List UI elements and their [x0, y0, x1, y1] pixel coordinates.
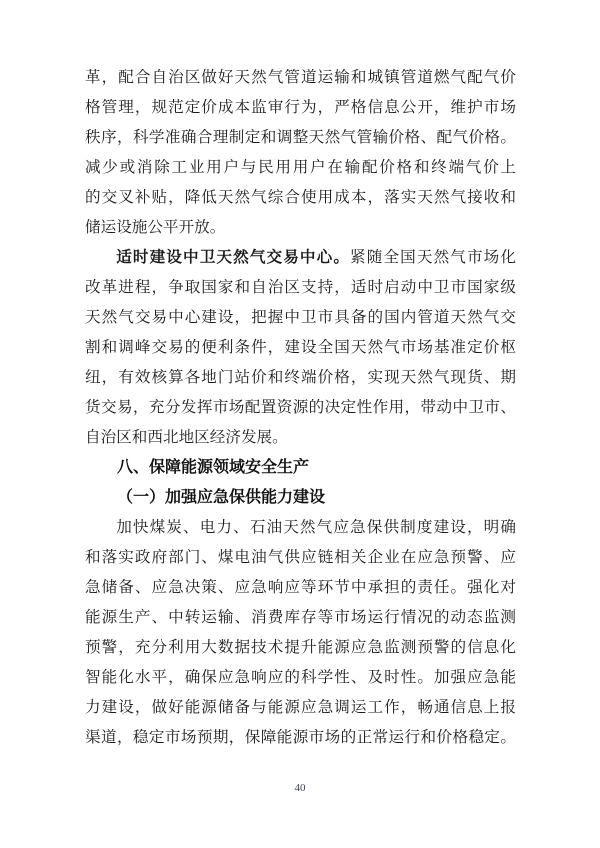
text-run: 紧随全国天然气市场化 [350, 249, 516, 266]
text-line: 智能化水平，确保应急响应的科学性、及时性。加强应急能 [85, 663, 516, 693]
text-line: 渠道，稳定市场预期，保障能源市场的正常运行和价格稳定。 [85, 723, 516, 753]
document-page: 革，配合自治区做好天然气管道运输和城镇管道燃气配气价格管理，规范定价成本监审行为… [0, 0, 600, 848]
text-run: 纽，有效核算各地门站价和终端价格，实现天然气现货、期 [85, 369, 516, 386]
text-run: 渠道，稳定市场预期，保障能源市场的正常运行和价格稳定。 [85, 729, 516, 746]
text-run: 减少或消除工业用户与民用用户在输配价格和终端气价上 [85, 159, 516, 176]
text-run: 力建设，做好能源储备与能源应急调运工作，畅通信息上报 [85, 699, 516, 716]
text-line: 革，配合自治区做好天然气管道运输和城镇管道燃气配气价 [85, 63, 516, 93]
text-line: 储运设施公平开放。 [85, 213, 516, 243]
text-run: 和落实政府部门、煤电油气供应链相关企业在应急预警、应 [85, 549, 516, 566]
text-line: 天然气交易中心建设，把握中卫市具备的国内管道天然气交 [85, 303, 516, 333]
text-line: 格管理，规范定价成本监审行为，严格信息公开，维护市场 [85, 93, 516, 123]
text-line: 和落实政府部门、煤电油气供应链相关企业在应急预警、应 [85, 543, 516, 573]
text-run: 格管理，规范定价成本监审行为，严格信息公开，维护市场 [85, 99, 516, 116]
text-line: 减少或消除工业用户与民用用户在输配价格和终端气价上 [85, 153, 516, 183]
text-line: 的交叉补贴，降低天然气综合使用成本，落实天然气接收和 [85, 183, 516, 213]
page-number: 40 [0, 781, 600, 795]
paragraph: 加快煤炭、电力、石油天然气应急保供制度建设，明确和落实政府部门、煤电油气供应链相… [85, 513, 516, 753]
text-run: 割和调峰交易的便利条件，建设全国天然气市场基准定价枢 [85, 339, 516, 356]
text-line: 秩序，科学准确合理制定和调整天然气管输价格、配气价格。 [85, 123, 516, 153]
text-line: 适时建设中卫天然气交易中心。紧随全国天然气市场化 [85, 243, 516, 273]
text-line: 能源生产、中转运输、消费库存等市场运行情况的动态监测 [85, 603, 516, 633]
text-run: 自治区和西北地区经济发展。 [85, 429, 288, 446]
text-run: 能源生产、中转运输、消费库存等市场运行情况的动态监测 [85, 609, 516, 626]
text-run: 货交易，充分发挥市场配置资源的决定性作用，带动中卫市、 [85, 399, 516, 416]
section-heading: 八、保障能源领域安全生产 [85, 453, 516, 483]
text-line: 自治区和西北地区经济发展。 [85, 423, 516, 453]
text-run: 天然气交易中心建设，把握中卫市具备的国内管道天然气交 [85, 309, 516, 326]
text-run: 加快煤炭、电力、石油天然气应急保供制度建设，明确 [116, 519, 516, 536]
text-line: 急储备、应急决策、应急响应等环节中承担的责任。强化对 [85, 573, 516, 603]
text-line: 纽，有效核算各地门站价和终端价格，实现天然气现货、期 [85, 363, 516, 393]
subsection-heading: （一）加强应急保供能力建设 [85, 483, 516, 513]
text-run: 秩序，科学准确合理制定和调整天然气管输价格、配气价格。 [85, 129, 516, 146]
text-line: 割和调峰交易的便利条件，建设全国天然气市场基准定价枢 [85, 333, 516, 363]
document-blocks: 革，配合自治区做好天然气管道运输和城镇管道燃气配气价格管理，规范定价成本监审行为… [85, 63, 516, 753]
paragraph: 适时建设中卫天然气交易中心。紧随全国天然气市场化改革进程，争取国家和自治区支持，… [85, 243, 516, 453]
text-line: 加快煤炭、电力、石油天然气应急保供制度建设，明确 [85, 513, 516, 543]
text-run: 革，配合自治区做好天然气管道运输和城镇管道燃气配气价 [85, 69, 516, 86]
text-line: 预警，充分利用大数据技术提升能源应急监测预警的信息化 [85, 633, 516, 663]
text-line: 货交易，充分发挥市场配置资源的决定性作用，带动中卫市、 [85, 393, 516, 423]
text-run: 的交叉补贴，降低天然气综合使用成本，落实天然气接收和 [85, 189, 516, 206]
text-run: 储运设施公平开放。 [85, 219, 225, 236]
text-run: 智能化水平，确保应急响应的科学性、及时性。加强应急能 [85, 669, 516, 686]
paragraph: 革，配合自治区做好天然气管道运输和城镇管道燃气配气价格管理，规范定价成本监审行为… [85, 63, 516, 243]
text-run: 预警，充分利用大数据技术提升能源应急监测预警的信息化 [85, 639, 516, 656]
text-line: 力建设，做好能源储备与能源应急调运工作，畅通信息上报 [85, 693, 516, 723]
text-run: 急储备、应急决策、应急响应等环节中承担的责任。强化对 [85, 579, 516, 596]
bold-text-run: 适时建设中卫天然气交易中心。 [116, 249, 350, 266]
text-run: 改革进程，争取国家和自治区支持，适时启动中卫市国家级 [85, 279, 516, 296]
text-line: 改革进程，争取国家和自治区支持，适时启动中卫市国家级 [85, 273, 516, 303]
